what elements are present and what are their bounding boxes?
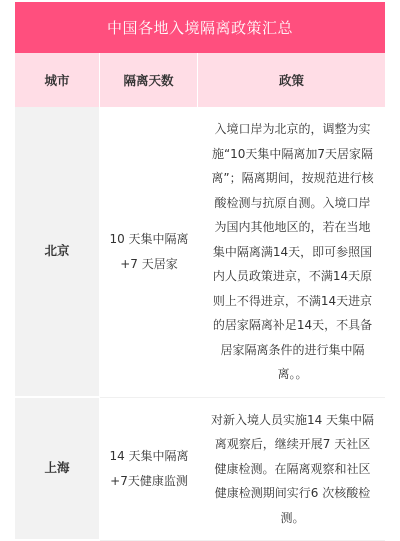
days-line: 10 天集中隔离 [104, 227, 194, 252]
days-cell: 10 天集中隔离 +7 天居家 [100, 107, 198, 398]
days-line: +7天健康监测 [104, 469, 194, 494]
policy-cell: 入境口岸为北京的，调整为实施“10天集中隔离加7天居家隔离”；隔离期间，按规范进… [198, 107, 385, 398]
header-days: 隔离天数 [100, 53, 198, 107]
days-line: +7 天居家 [104, 252, 194, 277]
policy-cell: 对新入境人员实施14 天集中隔离观察后，继续开展7 天社区健康检测。在隔离观察和… [198, 398, 385, 512]
policy-summary: 中国各地入境隔离政策汇总 城市 隔离天数 政策 北京 10 天集中隔离 +7 天… [15, 2, 385, 511]
city-cell: 北京 [15, 107, 100, 398]
table-title: 中国各地入境隔离政策汇总 [15, 2, 385, 53]
days-line: 14 天集中隔离 [104, 444, 194, 469]
days-cell: 14 天集中隔离 +7天健康监测 [100, 398, 198, 512]
table-row: 北京 10 天集中隔离 +7 天居家 入境口岸为北京的，调整为实施“10天集中隔… [15, 107, 385, 398]
policy-table: 城市 隔离天数 政策 北京 10 天集中隔离 +7 天居家 入境口岸为北京的，调… [15, 53, 385, 511]
header-city: 城市 [15, 53, 100, 107]
header-row: 城市 隔离天数 政策 [15, 53, 385, 107]
table-row: 上海 14 天集中隔离 +7天健康监测 对新入境人员实施14 天集中隔离观察后，… [15, 398, 385, 512]
header-policy: 政策 [198, 53, 385, 107]
city-cell: 上海 [15, 398, 100, 512]
